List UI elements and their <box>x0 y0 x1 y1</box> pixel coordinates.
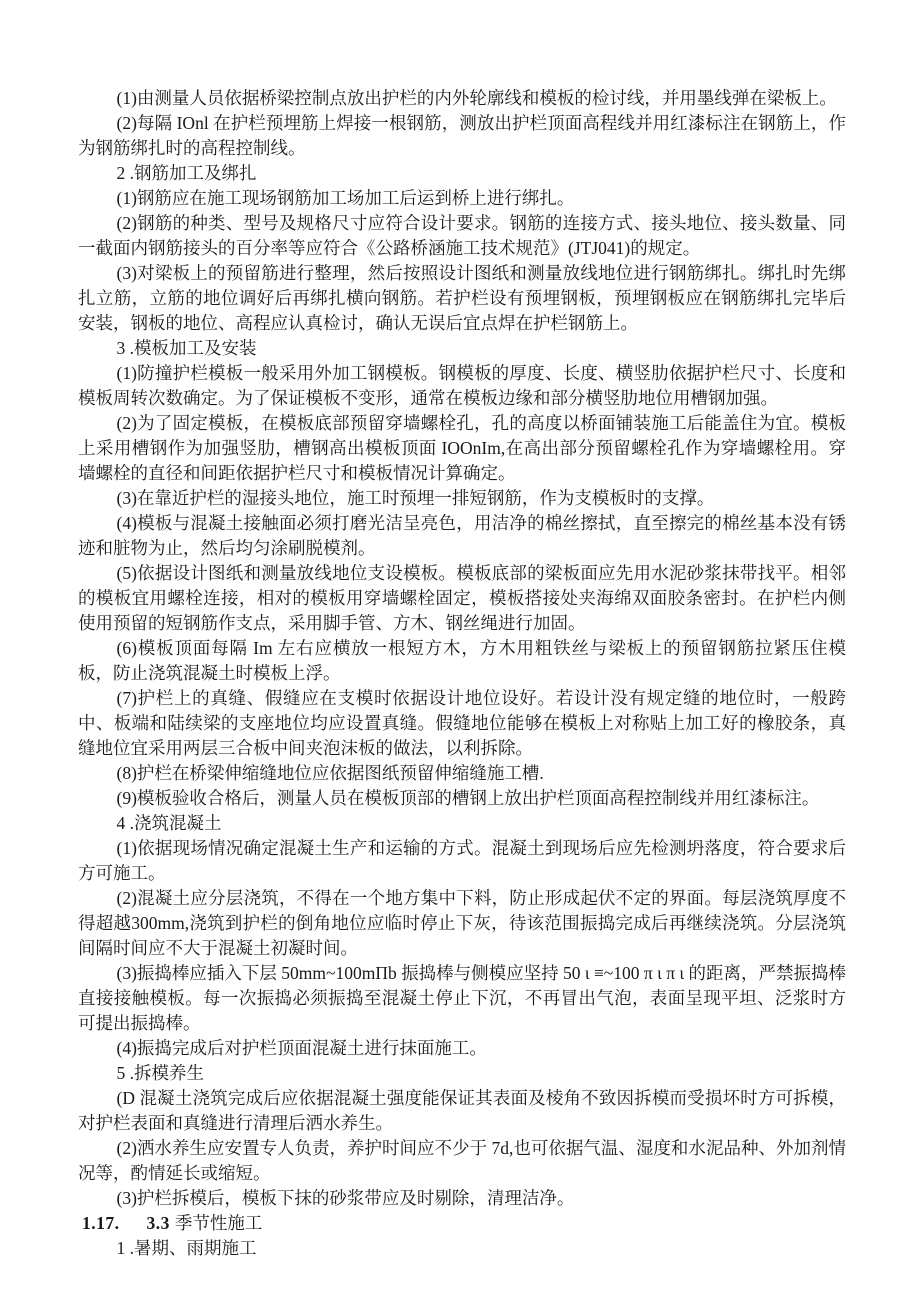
paragraph: (3)对梁板上的预留筋进行整理，然后按照设计图纸和测量放线地位进行钢筋绑扎。绑扎… <box>78 261 846 336</box>
paragraph: (D 混凝土浇筑完成后应依据混凝土强度能保证其表面及棱角不致因拆模而受损坏时方可… <box>78 1086 846 1136</box>
paragraph: (4)模板与混凝土接触面必须打磨光洁呈亮色，用洁净的棉丝擦拭，直至擦完的棉丝基本… <box>78 511 846 561</box>
section-subnumber: 3.3 <box>147 1213 170 1233</box>
list-number-heading: 5 .拆模养生 <box>78 1061 846 1086</box>
paragraph: (8)护栏在桥梁伸缩缝地位应依据图纸预留伸缩缝施工槽. <box>78 761 846 786</box>
paragraph: (2)钢筋的种类、型号及规格尺寸应符合设计要求。钢筋的连接方式、接头地位、接头数… <box>78 211 846 261</box>
document-page: (1)由测量人员依据桥梁控制点放出护栏的内外轮廓线和模板的检讨线，并用墨线弹在梁… <box>0 0 920 1301</box>
paragraph: (1)防撞护栏模板一般采用外加工钢模板。钢模板的厚度、长度、横竖肋依据护栏尺寸、… <box>78 361 846 411</box>
list-number-heading: 3 .模板加工及安装 <box>78 336 846 361</box>
paragraph: (2)混凝土应分层浇筑，不得在一个地方集中下料，防止形成起伏不定的界面。每层浇筑… <box>78 886 846 961</box>
list-number-heading: 1 .暑期、雨期施工 <box>78 1236 846 1261</box>
paragraph: (3)在靠近护栏的湿接头地位，施工时预埋一排短钢筋，作为支模板时的支撑。 <box>78 486 846 511</box>
section-heading: 1.17.3.3季节性施工 <box>78 1211 846 1236</box>
paragraph: (2)为了固定模板，在模板底部预留穿墙螺栓孔，孔的高度以桥面铺装施工后能盖住为宜… <box>78 411 846 486</box>
paragraph: (5)依据设计图纸和测量放线地位支设模板。模板底部的梁板面应先用水泥砂浆抹带找平… <box>78 561 846 636</box>
paragraph: (7)护栏上的真缝、假缝应在支模时依据设计地位设好。若设计没有规定缝的地位时，一… <box>78 686 846 761</box>
paragraph: (6)模板顶面每隔 Im 左右应横放一根短方木，方木用粗铁丝与梁板上的预留钢筋拉… <box>78 636 846 686</box>
paragraph: (9)模板验收合格后，测量人员在模板顶部的槽钢上放出护栏顶面高程控制线并用红漆标… <box>78 786 846 811</box>
section-title: 季节性施工 <box>175 1213 263 1233</box>
paragraph: (4)振捣完成后对护栏顶面混凝土进行抹面施工。 <box>78 1036 846 1061</box>
paragraph: (1)由测量人员依据桥梁控制点放出护栏的内外轮廓线和模板的检讨线，并用墨线弹在梁… <box>78 86 846 111</box>
paragraph: (3)护栏拆模后，模板下抹的砂浆带应及时剔除，清理洁净。 <box>78 1186 846 1211</box>
paragraph: (1)依据现场情况确定混凝土生产和运输的方式。混凝土到现场后应先检测坍落度，符合… <box>78 836 846 886</box>
paragraph: (1)钢筋应在施工现场钢筋加工场加工后运到桥上进行绑扎。 <box>78 186 846 211</box>
paragraph: (2)洒水养生应安置专人负责，养护时间应不少于 7d,也可依据气温、湿度和水泥品… <box>78 1136 846 1186</box>
paragraph: (3)振捣棒应插入下层 50mm~100mΠb 振捣棒与侧模应坚持 50 ι ≡… <box>78 961 846 1036</box>
section-number: 1.17. <box>82 1213 120 1233</box>
paragraph: (2)每隔 IOnl 在护栏预埋筋上焊接一根钢筋，测放出护栏顶面高程线并用红漆标… <box>78 111 846 161</box>
list-number-heading: 2 .钢筋加工及绑扎 <box>78 161 846 186</box>
list-number-heading: 4 .浇筑混凝土 <box>78 811 846 836</box>
